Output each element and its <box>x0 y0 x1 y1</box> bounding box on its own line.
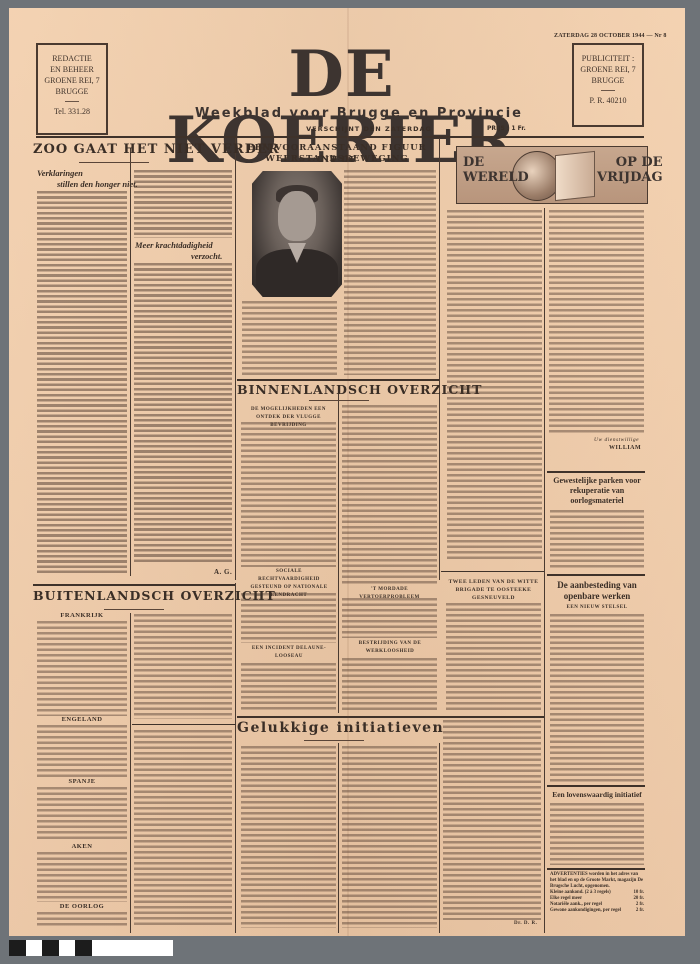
article-body <box>443 720 541 920</box>
headline-witte-brigade: TWEE LEDEN VAN DE WITTE BRIGADE TE OOSTE… <box>445 578 542 602</box>
article-body <box>342 405 437 585</box>
headline-underline <box>79 162 149 163</box>
article-body <box>344 170 436 375</box>
address-line: PUBLICITEIT : <box>574 53 642 64</box>
signature: Dr. D. R. <box>514 921 537 926</box>
section-rule <box>237 379 439 381</box>
strip-block <box>9 940 26 956</box>
subhead-verklaringen: Verklaringen <box>37 168 83 178</box>
divider <box>601 90 615 91</box>
article-body <box>550 803 644 865</box>
article-body <box>37 912 127 928</box>
column-rule <box>235 138 236 580</box>
headline-gewestelijke: Gewestelijke parken voor rekuperatie van… <box>549 476 645 506</box>
subhead-aken: AKEN <box>37 843 127 851</box>
editorial-address-box: REDACTIE EN BEHEER GROENE REI, 7 BRUGGE … <box>36 43 108 135</box>
headline-underline <box>304 740 364 741</box>
strip-block <box>26 940 42 956</box>
signature: WILLIAM <box>609 445 641 451</box>
article-body <box>446 603 541 713</box>
phone-number: Tel. 331.28 <box>38 106 106 117</box>
subhead-incident: EEN INCIDENT DELAUNE-LOOSEAU <box>245 645 333 661</box>
headline-levenswaardig: Een lovenswaardig initiatief <box>549 789 645 800</box>
headline-gelukkige: Gelukkige initiatieven <box>237 720 437 736</box>
advertising-rates: ADVERTENTIES worden in het adres van het… <box>550 872 644 914</box>
column-rule <box>338 743 339 933</box>
banner-left-label: DE WERELD <box>463 155 529 185</box>
masthead-rule <box>36 136 644 138</box>
headline-figuur-line2: WEERSTANDSBEWEGING <box>237 153 437 165</box>
address-line: GROENE REI, 7 <box>38 75 106 86</box>
subhead-oorlog: DE OORLOG <box>37 903 127 911</box>
subhead-nieuw-stelsel: EEN NIEUW STELSEL <box>549 604 645 612</box>
banner-right-text: OP DE VRIJDAG <box>597 155 663 185</box>
article-body <box>342 598 437 638</box>
column-rule <box>130 148 131 576</box>
article-body <box>550 510 644 570</box>
rate-label: Gewone aankondigingen, per regel <box>550 908 621 914</box>
subhead-honger: stillen den honger niet. <box>57 179 138 189</box>
newspaper-subtitle: Weekblad voor Brugge en Provincie <box>194 106 524 121</box>
headline-underline <box>309 400 369 401</box>
section-rule <box>441 571 544 572</box>
article-body <box>447 210 542 560</box>
section-rule <box>547 785 645 787</box>
column-rule <box>130 613 131 933</box>
article-body <box>37 725 127 777</box>
newspaper-page: REDACTIE EN BEHEER GROENE REI, 7 BRUGGE … <box>9 8 685 936</box>
article-body <box>342 746 437 928</box>
signature-label: Uw dienstwillige <box>594 437 639 443</box>
article-body <box>342 658 437 713</box>
article-body <box>549 210 644 435</box>
article-body <box>134 170 232 238</box>
book-icon <box>555 151 595 201</box>
article-body <box>37 852 127 902</box>
photo-face <box>278 191 316 241</box>
banner-right-label: OP DE VRIJDAG <box>597 155 663 185</box>
article-body <box>550 614 644 784</box>
strip-block <box>42 940 59 956</box>
signature: A. G. <box>214 568 232 576</box>
article-body <box>134 730 232 928</box>
address-line: REDACTIE <box>38 53 106 64</box>
headline-buitenland: BUITENLANDSCH OVERZICHT <box>33 588 235 603</box>
photo-caption <box>242 301 337 376</box>
section-rule <box>33 584 235 586</box>
subhead-spanje: SPANJE <box>37 778 127 786</box>
article-body <box>241 422 336 567</box>
price: PRIJS : 1 Fr. <box>487 125 526 132</box>
banner-left-text: DE WERELD <box>463 155 529 185</box>
subhead-werkloosheid: BESTRIJDING VAN DE WERKLOOSHEID <box>349 640 431 656</box>
subhead-frankrijk: FRANKRIJK <box>37 612 127 620</box>
rate-row: Gewone aankondigingen, per regel2 fr. <box>550 908 644 914</box>
subhead-krachtdadigheid: Meer krachtdadigheid <box>135 240 213 250</box>
headline-zoo-gaat: ZOO GAAT HET NIET VERDER <box>33 142 235 157</box>
article-body <box>134 614 232 719</box>
article-body <box>241 746 336 928</box>
portrait-photo <box>252 171 342 297</box>
strip-block <box>59 940 75 956</box>
article-body <box>134 263 232 563</box>
divider <box>65 101 79 102</box>
article-body <box>241 663 336 711</box>
strip-block <box>92 940 173 956</box>
column-rule <box>544 208 545 933</box>
advertising-address-box: PUBLICITEIT : GROENE REI, 7 BRUGGE P. R.… <box>572 43 644 127</box>
column-rule <box>338 393 339 713</box>
column-rule <box>439 138 440 580</box>
section-rule <box>547 868 645 870</box>
article-body <box>37 621 127 716</box>
address-line: BRUGGE <box>574 75 642 86</box>
rates-list: Kleine aankond. (2 à 3 regels)10 fr.Elke… <box>550 890 644 914</box>
column-rule <box>235 583 236 933</box>
wereld-banner: DE WERELD OP DE VRIJDAG <box>456 146 648 204</box>
section-rule <box>547 471 645 473</box>
dateline: ZATERDAG 28 OCTOBER 1944 — Nr 8 <box>554 33 667 39</box>
subhead-verzocht: verzocht. <box>191 251 222 261</box>
section-rule <box>547 574 645 576</box>
address-line: GROENE REI, 7 <box>574 64 642 75</box>
section-rule <box>237 716 544 718</box>
postal-account: P. R. 40210 <box>574 95 642 106</box>
subhead-engeland: ENGELAND <box>37 716 127 724</box>
color-calibration-strip <box>9 940 173 956</box>
headline-aanbesteding: De aanbesteding van openbare werken <box>549 580 645 602</box>
headline-binnenland: BINNENLANDSCH OVERZICHT <box>237 382 439 397</box>
headline-underline <box>104 609 164 610</box>
column-rule <box>439 743 440 933</box>
address-line: EN BEHEER <box>38 64 106 75</box>
article-body <box>37 191 127 576</box>
advertising-intro: ADVERTENTIES worden in het adres van het… <box>550 872 644 890</box>
article-body <box>37 787 127 842</box>
strip-block <box>75 940 92 956</box>
section-rule <box>132 724 236 725</box>
publication-day: VERSCHIJNT DEN ZATERDAG <box>269 125 469 133</box>
rate-price: 2 fr. <box>636 908 644 914</box>
address-line: BRUGGE <box>38 86 106 97</box>
